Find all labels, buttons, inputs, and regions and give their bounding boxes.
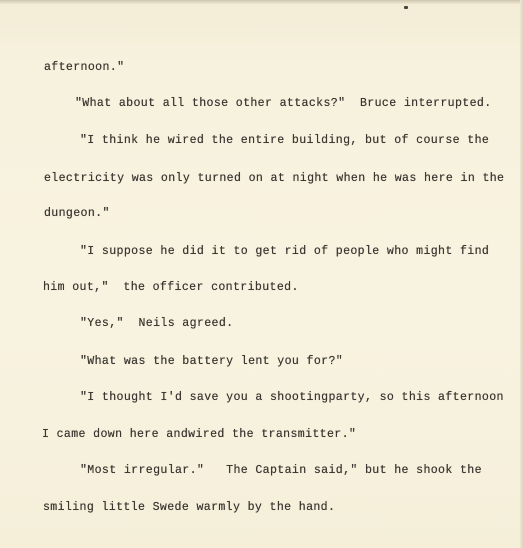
text-line: smiling little Swede warmly by the hand. — [43, 501, 335, 515]
text-line: him out," the officer contributed. — [43, 281, 299, 295]
text-line: "Most irregular." The Captain said," but… — [80, 464, 482, 478]
text-line: "I thought I'd save you a shootingparty,… — [80, 391, 504, 405]
text-line: "What was the battery lent you for?" — [80, 355, 343, 369]
text-line: afternoon." — [44, 61, 124, 75]
typewritten-page: afternoon." "What about all those other … — [0, 0, 523, 548]
text-line: "What about all those other attacks?" Br… — [75, 97, 492, 111]
text-line: "I suppose he did it to get rid of peopl… — [80, 245, 489, 259]
page-top-edge — [0, 0, 523, 4]
text-line: electricity was only turned on at night … — [44, 172, 504, 186]
text-line: "Yes," Neils agreed. — [80, 317, 233, 331]
ink-speck — [404, 6, 408, 9]
text-line: "I think he wired the entire building, b… — [80, 134, 489, 148]
text-line: dungeon." — [44, 207, 110, 221]
text-line: I came down here andwired the transmitte… — [42, 428, 356, 442]
